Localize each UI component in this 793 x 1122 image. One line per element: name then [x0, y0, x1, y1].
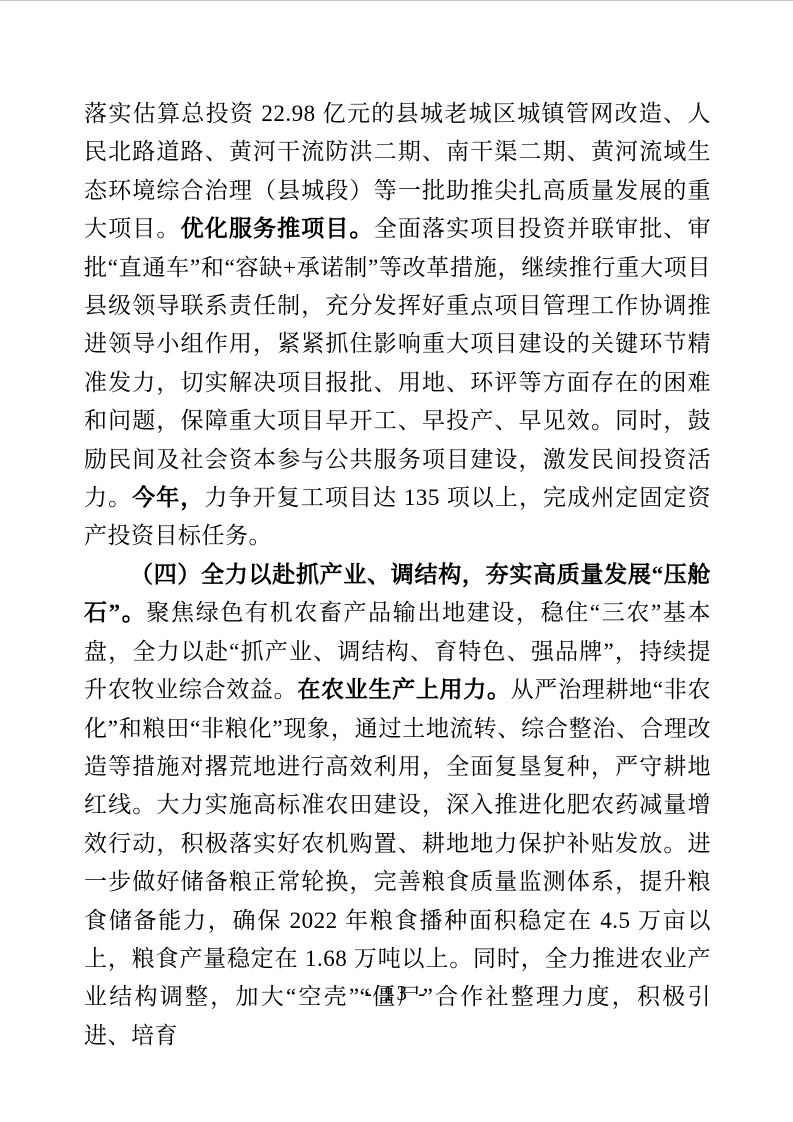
emphasis-text: 今年， — [132, 485, 204, 510]
paragraph: 落实估算总投资 22.98 亿元的县城老城区城镇管网改造、人民北路道路、黄河干流… — [84, 95, 711, 556]
body-text: 全面落实项目投资并联审批、审批“直通车”和“容缺+承诺制”等改革措施，继续推行重… — [84, 216, 711, 510]
page-number: - 13 - — [0, 981, 793, 1006]
document-page: 落实估算总投资 22.98 亿元的县城老城区城镇管网改造、人民北路道路、黄河干流… — [0, 0, 793, 1122]
emphasis-text: 优化服务推项目。 — [181, 216, 374, 241]
document-body: 落实估算总投资 22.98 亿元的县城老城区城镇管网改造、人民北路道路、黄河干流… — [84, 95, 711, 1055]
emphasis-text: 在农业生产上用力。 — [297, 677, 510, 702]
